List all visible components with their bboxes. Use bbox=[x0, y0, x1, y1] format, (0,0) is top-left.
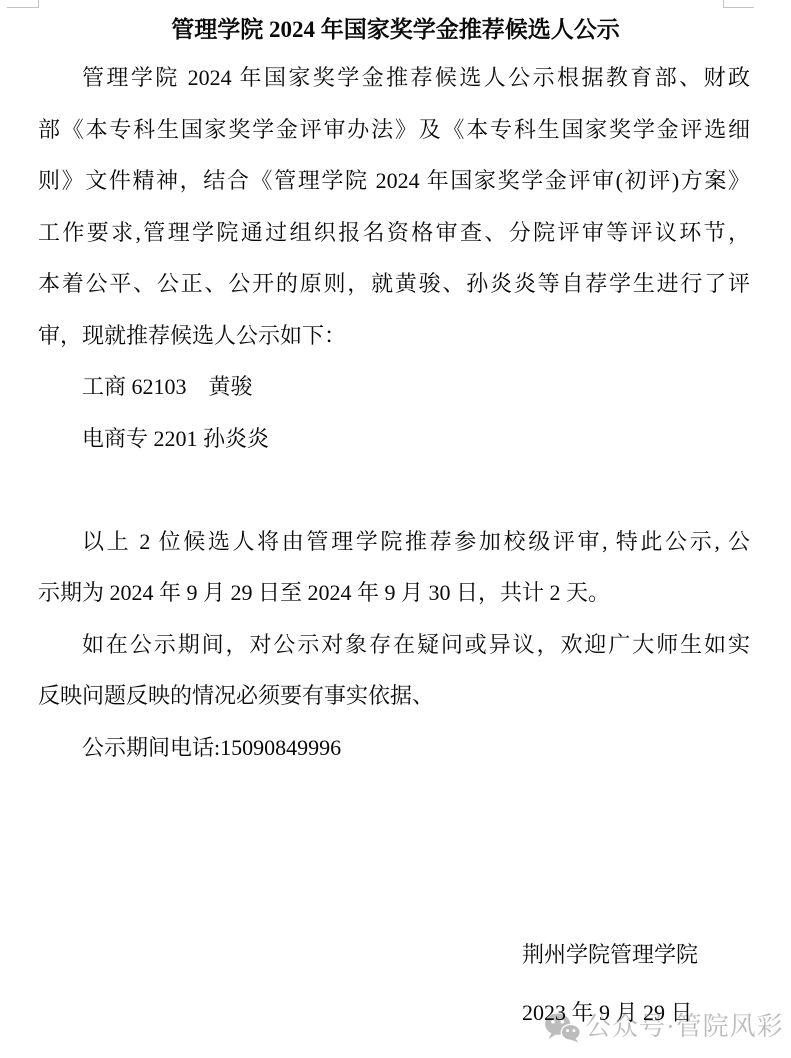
body-line: 审，现就推荐候选人公示如下： bbox=[38, 310, 750, 362]
body-line: 则》文件精神，结合《管理学院 2024 年国家奖学金评审(初评)方案》 bbox=[38, 155, 750, 207]
signature-block: 荆州学院管理学院 2023 年 9 月 29 日 bbox=[522, 929, 782, 1038]
body-line: 部《本专科生国家奖学金评审办法》及《本专科生国家奖学金评选细 bbox=[38, 104, 750, 156]
signature-date: 2023 年 9 月 29 日 bbox=[522, 987, 782, 1039]
candidate-line: 电商专 2201 孙炎炎 bbox=[38, 413, 750, 465]
document-title: 管理学院 2024 年国家奖学金推荐候选人公示 bbox=[0, 5, 791, 55]
blank-line bbox=[38, 464, 750, 516]
body-line: 管理学院 2024 年国家奖学金推荐候选人公示根据教育部、财政 bbox=[38, 52, 750, 104]
body-line: 示期为 2024 年 9 月 29 日至 2024 年 9 月 30 日，共计 … bbox=[38, 567, 750, 619]
body-line: 本着公平、公正、公开的原则，就黄骏、孙炎炎等自荐学生进行了评 bbox=[38, 258, 750, 310]
document-page: 管理学院 2024 年国家奖学金推荐候选人公示 管理学院 2024 年国家奖学金… bbox=[0, 0, 791, 1058]
body-line: 以上 2 位候选人将由管理学院推荐参加校级评审, 特此公示, 公 bbox=[38, 516, 750, 568]
document-body: 管理学院 2024 年国家奖学金推荐候选人公示根据教育部、财政 部《本专科生国家… bbox=[38, 52, 750, 773]
contact-phone-line: 公示期间电话:15090849996 bbox=[38, 722, 750, 774]
candidate-line: 工商 62103 黄骏 bbox=[38, 361, 750, 413]
body-line: 如在公示期间，对公示对象存在疑问或异议，欢迎广大师生如实 bbox=[38, 619, 750, 671]
signature-org: 荆州学院管理学院 bbox=[522, 929, 782, 981]
body-line: 工作要求,管理学院通过组织报名资格审查、分院评审等评议环节， bbox=[38, 207, 750, 259]
body-line: 反映问题反映的情况必须要有事实依据、 bbox=[38, 670, 750, 722]
